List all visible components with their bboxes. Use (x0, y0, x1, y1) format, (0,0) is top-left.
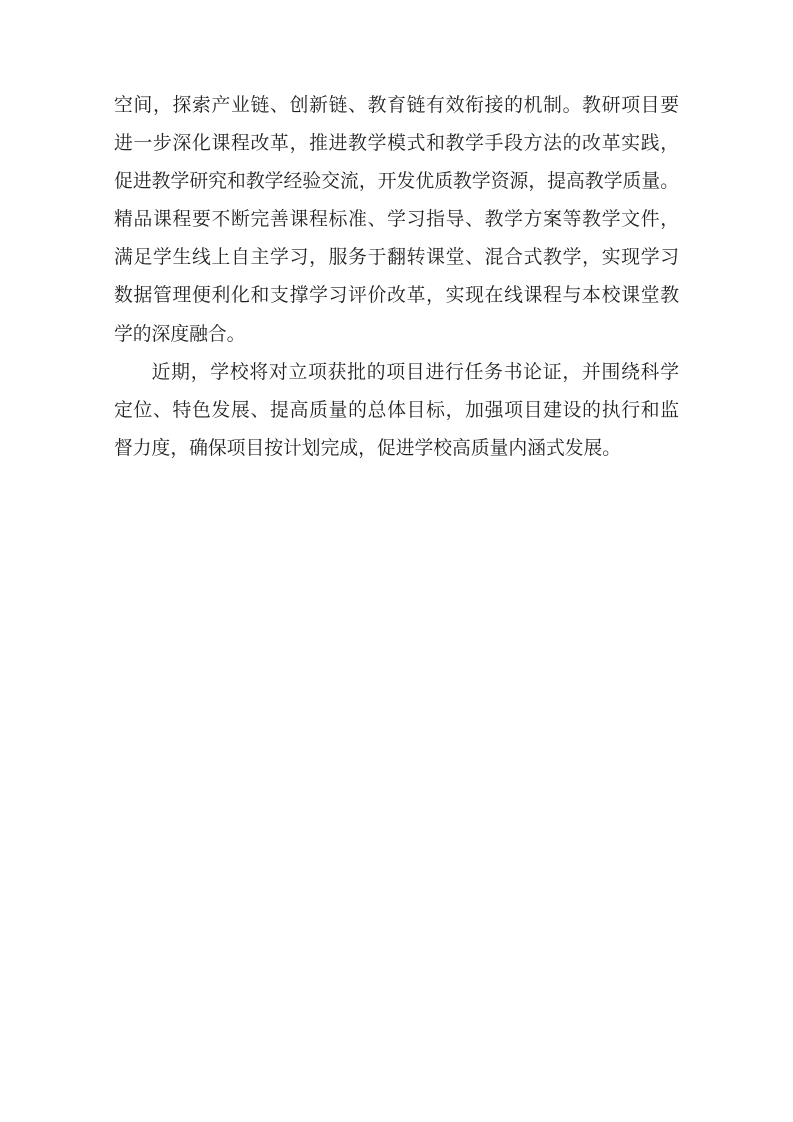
text-line: 督力度，确保项目按计划完成，促进学校高质量内涵式发展。 (114, 430, 679, 468)
text-line: 满足学生线上自主学习，服务于翻转课堂、混合式教学，实现学习 (114, 239, 679, 277)
text-line: 数据管理便利化和支撑学习评价改革，实现在线课程与本校课堂教 (114, 277, 679, 315)
text-line: 近期，学校将对立项获批的项目进行任务书论证，并围绕科学 (114, 354, 679, 392)
document-page: 空间，探索产业链、创新链、教育链有效衔接的机制。教研项目要进一步深化课程改革，推… (0, 0, 793, 1122)
text-line: 促进教学研究和教学经验交流，开发优质教学资源，提高教学质量。 (114, 163, 679, 201)
text-line: 精品课程要不断完善课程标准、学习指导、教学方案等教学文件， (114, 201, 679, 239)
text-line: 定位、特色发展、提高质量的总体目标，加强项目建设的执行和监 (114, 392, 679, 430)
document-text-block: 空间，探索产业链、创新链、教育链有效衔接的机制。教研项目要进一步深化课程改革，推… (114, 87, 679, 468)
text-line: 进一步深化课程改革，推进教学模式和教学手段方法的改革实践， (114, 125, 679, 163)
text-line: 学的深度融合。 (114, 316, 679, 354)
text-line: 空间，探索产业链、创新链、教育链有效衔接的机制。教研项目要 (114, 87, 679, 125)
